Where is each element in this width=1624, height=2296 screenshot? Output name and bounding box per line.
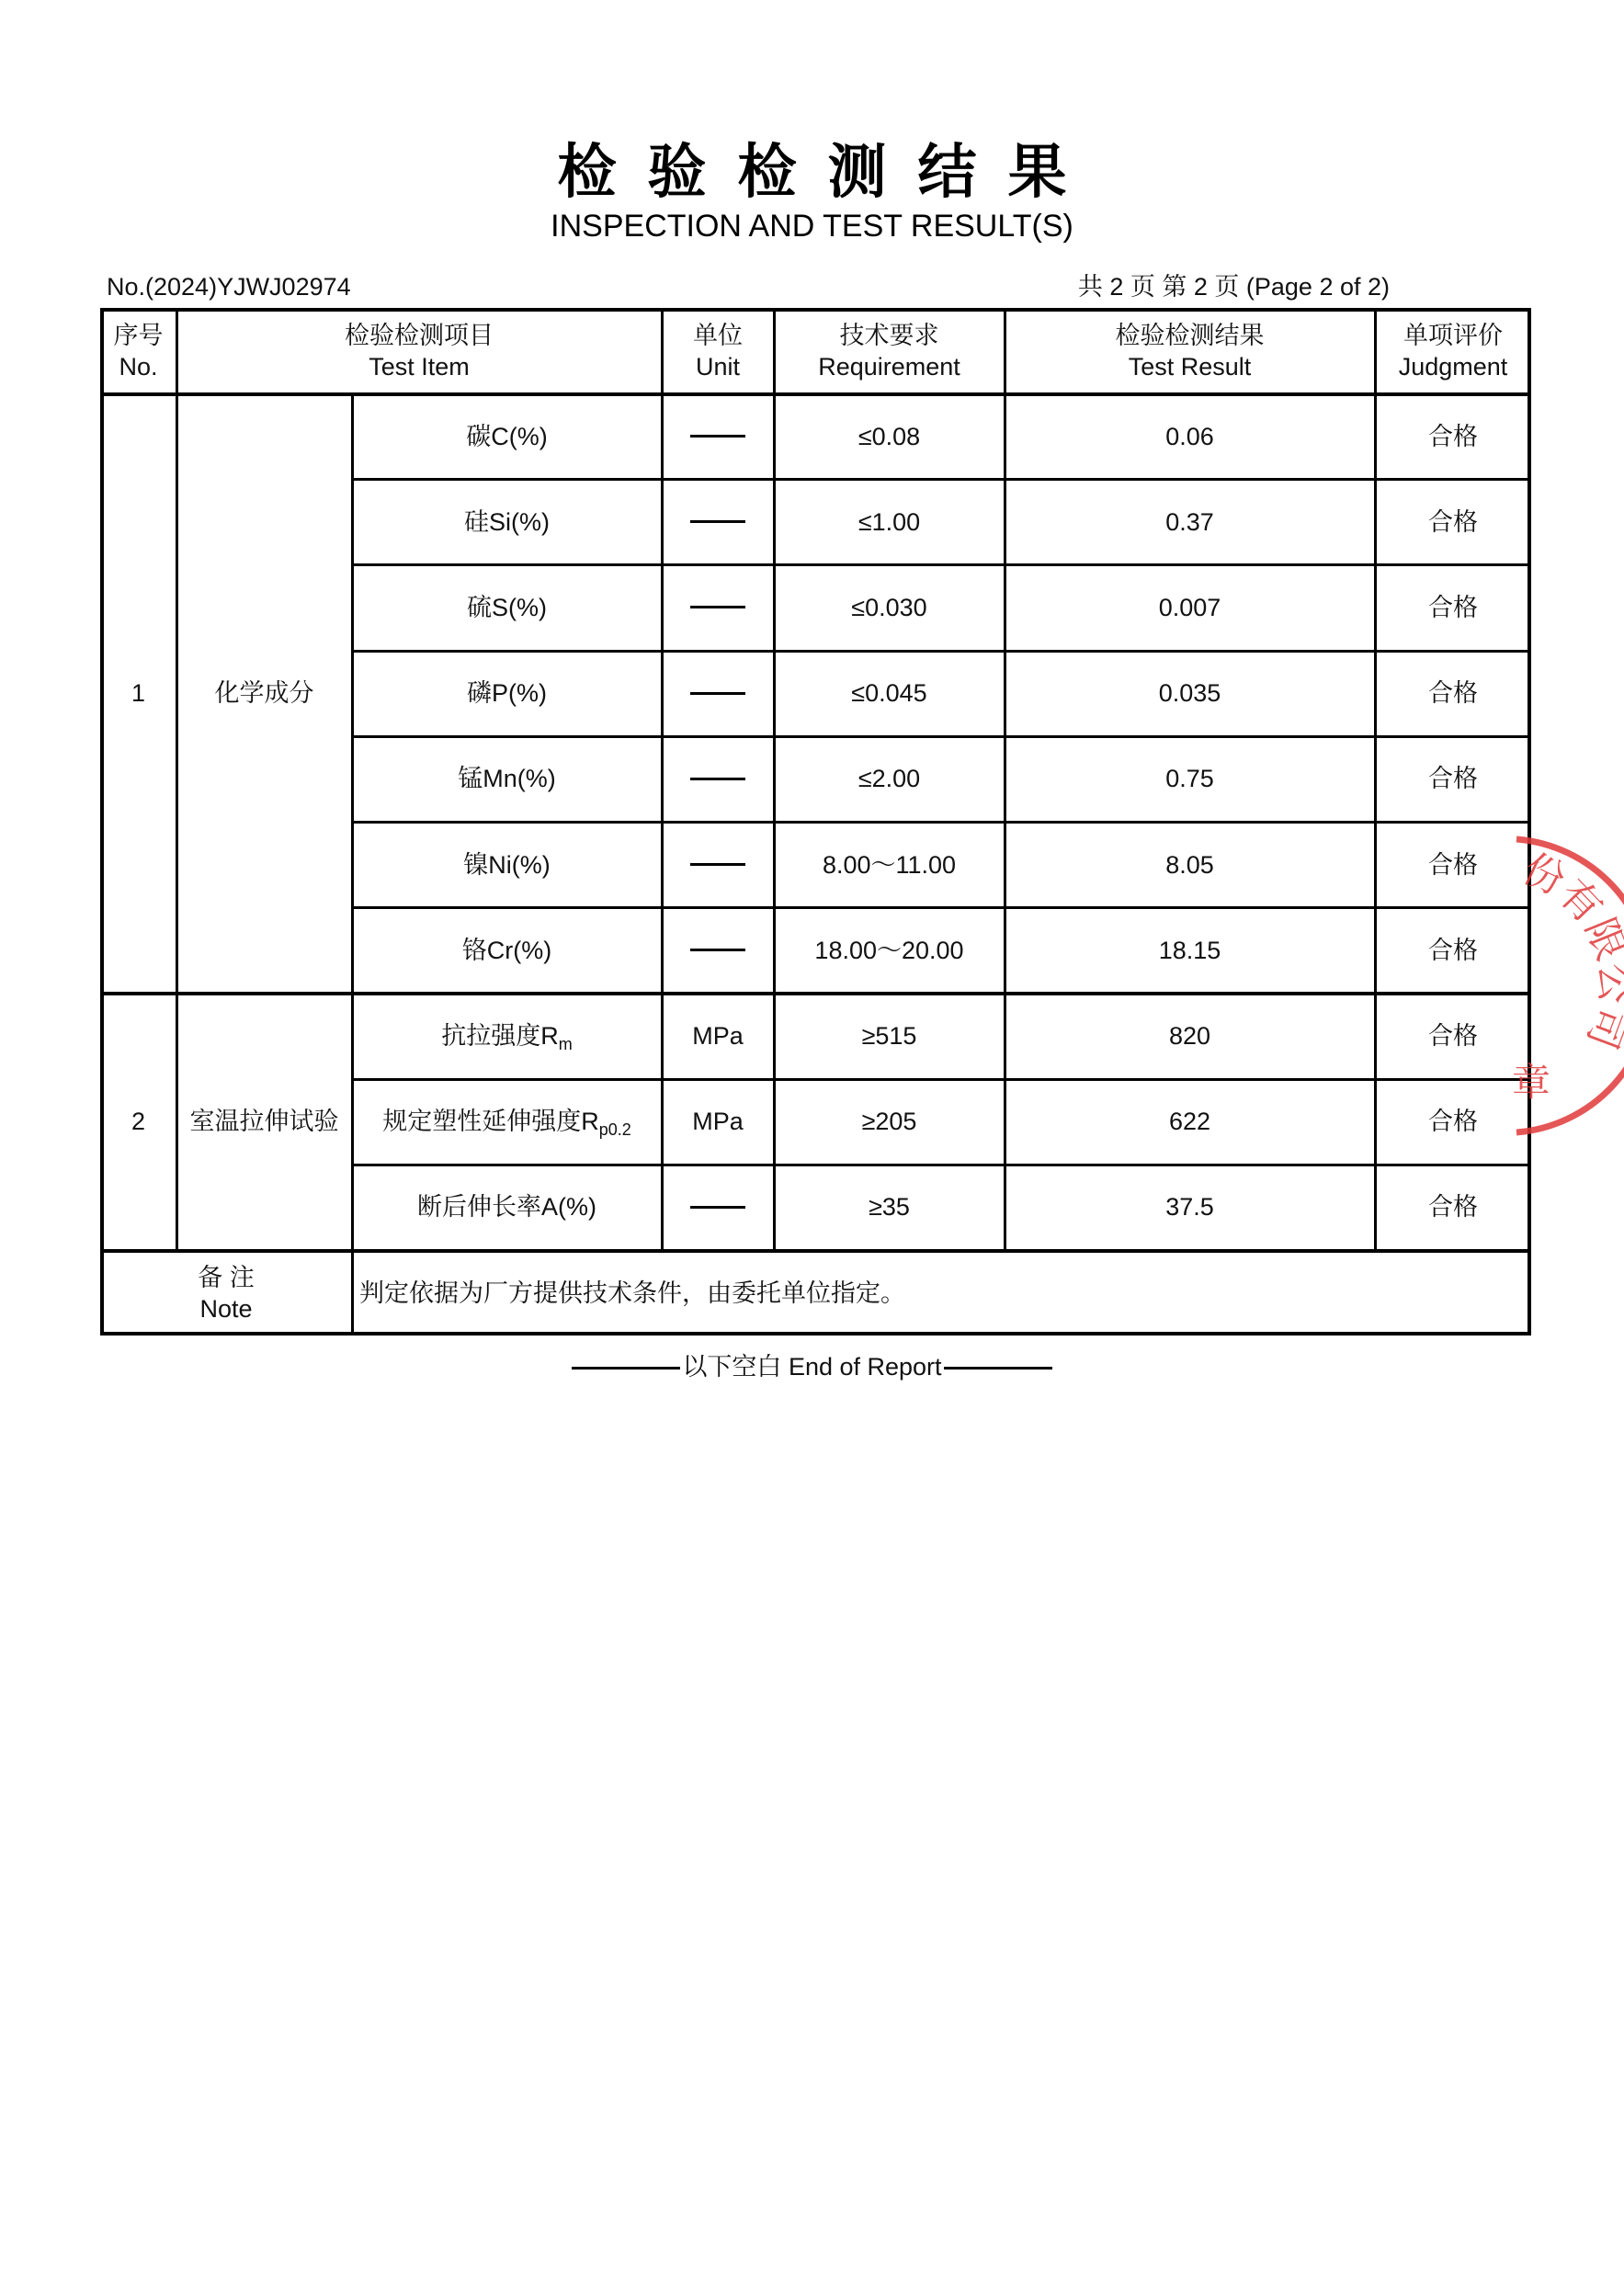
- judgment-value: 合格: [1428, 849, 1478, 881]
- end-of-report-text: 以下空白 End of Report: [682, 1353, 941, 1381]
- header-judgment-cn: 单项评价: [1403, 320, 1503, 351]
- test-item-label: 锰Mn(%): [458, 763, 556, 794]
- requirement: ≥35: [774, 1165, 1005, 1250]
- unit: MPa: [662, 1079, 774, 1165]
- requirement-value: ≥515: [862, 1020, 917, 1051]
- group-number: 1: [131, 677, 145, 709]
- header-result: 检验检测结果Test Result: [1005, 308, 1375, 393]
- row-rule: [352, 1078, 1531, 1081]
- unit-not-applicable-dash: [690, 606, 745, 608]
- test-item-name: 规定塑性延伸强度R: [382, 1108, 599, 1135]
- unit-not-applicable-dash: [690, 692, 745, 695]
- test-result-value: 0.007: [1159, 592, 1221, 623]
- body-col-rule: [176, 993, 178, 1250]
- document-title: 检验检测结果: [0, 136, 1624, 210]
- body-col-rule: [1004, 993, 1006, 1250]
- judgment: 合格: [1375, 393, 1531, 479]
- unit: [662, 564, 774, 650]
- test-item-name: 铬Cr(%): [462, 937, 551, 964]
- end-of-report: 以下空白 End of Report: [0, 1351, 1624, 1382]
- judgment-value: 合格: [1428, 1106, 1478, 1137]
- test-item-label: 抗拉强度Rm: [441, 1020, 573, 1051]
- group-name-text: 化学成分: [215, 677, 314, 709]
- requirement: ≥515: [774, 993, 1005, 1078]
- row-rule: [352, 563, 1531, 566]
- judgment-value: 合格: [1428, 421, 1478, 452]
- judgment-value: 合格: [1428, 677, 1478, 709]
- test-item-name: 硅Si(%): [464, 508, 550, 536]
- test-result-value: 622: [1169, 1106, 1210, 1137]
- test-result: 0.007: [1005, 564, 1375, 650]
- header-col-rule: [1374, 308, 1377, 393]
- test-item: 镍Ni(%): [352, 822, 662, 907]
- judgment: 合格: [1375, 651, 1531, 736]
- header-requirement-cn: 技术要求: [840, 320, 939, 351]
- header-col-rule: [176, 308, 178, 393]
- judgment: 合格: [1375, 564, 1531, 650]
- body-col-rule: [661, 993, 664, 1250]
- judgment: 合格: [1375, 736, 1531, 822]
- test-item: 铬Cr(%): [352, 907, 662, 993]
- unit-not-applicable-dash: [690, 520, 745, 523]
- test-item: 规定塑性延伸强度Rp0.2: [352, 1079, 662, 1165]
- test-result-value: 820: [1169, 1020, 1210, 1051]
- test-item-label: 磷P(%): [467, 677, 547, 709]
- page-indicator: 共 2 页 第 2 页 (Page 2 of 2): [1029, 272, 1390, 301]
- test-item-name: 硫S(%): [467, 594, 547, 621]
- test-item-label: 碳C(%): [466, 421, 548, 452]
- test-result: 37.5: [1005, 1165, 1375, 1250]
- requirement-value: ≤0.030: [851, 592, 926, 623]
- judgment: 合格: [1375, 1079, 1531, 1165]
- test-result: 8.05: [1005, 822, 1375, 907]
- body-col-rule: [351, 393, 354, 993]
- body-col-rule: [176, 393, 178, 993]
- judgment: 合格: [1375, 907, 1531, 993]
- requirement: ≤1.00: [774, 479, 1005, 564]
- body-col-rule: [773, 993, 776, 1250]
- results-table: 序号No.检验检测项目Test Item单位Unit技术要求Requiremen…: [100, 308, 1531, 1336]
- body-col-rule: [1004, 393, 1006, 993]
- test-item-name: 镍Ni(%): [463, 851, 551, 879]
- unit: [662, 393, 774, 479]
- header-col-rule: [773, 308, 776, 393]
- header-judgment: 单项评价Judgment: [1375, 308, 1531, 393]
- note-label: 备 注Note: [100, 1250, 352, 1336]
- requirement-value: ≥205: [862, 1106, 917, 1137]
- unit: [662, 822, 774, 907]
- unit: [662, 1165, 774, 1250]
- requirement: 8.00～11.00: [774, 822, 1005, 907]
- judgment: 合格: [1375, 1165, 1531, 1250]
- test-result: 820: [1005, 993, 1375, 1078]
- header-item: 检验检测项目Test Item: [176, 308, 662, 393]
- header-no-en: No.: [119, 351, 157, 382]
- requirement-value: 8.00～11.00: [823, 849, 956, 881]
- report-number: No.(2024)YJWJ02974: [107, 272, 351, 301]
- test-item: 硫S(%): [352, 564, 662, 650]
- test-result-value: 0.37: [1165, 506, 1214, 538]
- note-label-cn: 备 注: [198, 1262, 255, 1293]
- test-item: 断后伸长率A(%): [352, 1165, 662, 1250]
- row-rule: [352, 650, 1531, 653]
- judgment-value: 合格: [1428, 506, 1478, 538]
- requirement-value: ≤1.00: [858, 506, 920, 538]
- judgment: 合格: [1375, 822, 1531, 907]
- body-col-rule: [1374, 393, 1377, 993]
- header-no-cn: 序号: [114, 320, 164, 351]
- body-col-rule: [1374, 993, 1377, 1250]
- test-item-label: 硅Si(%): [464, 506, 550, 538]
- test-item-name: 磷P(%): [467, 679, 547, 707]
- group-name: 化学成分: [176, 393, 352, 993]
- requirement: ≤0.045: [774, 651, 1005, 736]
- test-item-label: 断后伸长率A(%): [417, 1191, 596, 1222]
- test-item-label: 铬Cr(%): [462, 935, 551, 966]
- test-item-label: 镍Ni(%): [463, 849, 551, 881]
- judgment-value: 合格: [1428, 1020, 1478, 1051]
- test-result-value: 0.035: [1159, 677, 1221, 709]
- judgment: 合格: [1375, 993, 1531, 1078]
- unit-value: MPa: [692, 1106, 744, 1137]
- test-item: 抗拉强度Rm: [352, 993, 662, 1078]
- header-unit-en: Unit: [696, 351, 740, 382]
- test-result: 0.37: [1005, 479, 1375, 564]
- note-label-en: Note: [199, 1293, 252, 1324]
- judgment: 合格: [1375, 479, 1531, 564]
- test-item-label: 硫S(%): [467, 592, 547, 623]
- test-result-value: 8.05: [1165, 849, 1214, 881]
- judgment-value: 合格: [1428, 763, 1478, 794]
- unit: [662, 651, 774, 736]
- group-number: 2: [131, 1106, 145, 1137]
- unit: MPa: [662, 993, 774, 1078]
- test-result: 18.15: [1005, 907, 1375, 993]
- test-item-name: 断后伸长率A(%): [417, 1193, 596, 1221]
- seal-ring: [1516, 839, 1624, 1132]
- test-result-value: 37.5: [1165, 1191, 1214, 1222]
- test-result-value: 0.75: [1165, 763, 1214, 794]
- header-requirement-en: Requirement: [818, 351, 960, 382]
- unit-not-applicable-dash: [690, 778, 745, 780]
- test-result-value: 18.15: [1159, 935, 1221, 966]
- unit: [662, 907, 774, 993]
- note-content: 判定依据为厂方提供技术条件，由委托单位指定。: [359, 1278, 905, 1309]
- header-unit: 单位Unit: [662, 308, 774, 393]
- row-rule: [352, 735, 1531, 738]
- test-item-label: 规定塑性延伸强度Rp0.2: [382, 1106, 631, 1137]
- test-item: 硅Si(%): [352, 479, 662, 564]
- body-col-rule: [773, 393, 776, 993]
- requirement-value: ≤0.045: [851, 677, 926, 709]
- unit-not-applicable-dash: [690, 863, 745, 866]
- test-item-name: 抗拉强度R: [441, 1022, 559, 1050]
- requirement: ≥205: [774, 1079, 1005, 1165]
- requirement-value: ≤2.00: [858, 763, 920, 794]
- header-result-en: Test Result: [1129, 351, 1252, 382]
- test-item: 磷P(%): [352, 651, 662, 736]
- note-text: 判定依据为厂方提供技术条件，由委托单位指定。: [352, 1250, 1531, 1336]
- group-no: 1: [100, 393, 176, 993]
- requirement: ≤0.030: [774, 564, 1005, 650]
- test-result: 0.75: [1005, 736, 1375, 822]
- unit-not-applicable-dash: [690, 949, 745, 951]
- test-item-name: 锰Mn(%): [458, 765, 556, 792]
- test-result: 0.035: [1005, 651, 1375, 736]
- group-name: 室温拉伸试验: [176, 993, 352, 1250]
- header-judgment-en: Judgment: [1399, 351, 1508, 382]
- requirement-value: 18.00～20.00: [814, 935, 963, 966]
- test-result-value: 0.06: [1165, 421, 1214, 452]
- end-rule-right: [944, 1367, 1052, 1370]
- unit-not-applicable-dash: [690, 435, 745, 438]
- row-rule: [352, 821, 1531, 824]
- unit: [662, 479, 774, 564]
- requirement: ≤0.08: [774, 393, 1005, 479]
- body-col-rule: [661, 393, 664, 993]
- header-col-rule: [1004, 308, 1006, 393]
- test-item-subscript: m: [559, 1035, 573, 1053]
- body-col-rule: [351, 993, 354, 1250]
- row-rule: [352, 906, 1531, 909]
- row-rule: [352, 478, 1531, 481]
- test-item: 碳C(%): [352, 393, 662, 479]
- requirement: 18.00～20.00: [774, 907, 1005, 993]
- requirement-value: ≤0.08: [858, 421, 920, 452]
- header-item-cn: 检验检测项目: [345, 320, 494, 351]
- end-rule-left: [572, 1367, 680, 1370]
- judgment-value: 合格: [1428, 1191, 1478, 1222]
- requirement: ≤2.00: [774, 736, 1005, 822]
- unit: [662, 736, 774, 822]
- row-rule: [352, 1164, 1531, 1166]
- seal-text: 份有限公司: [1516, 845, 1624, 1055]
- test-item-subscript: p0.2: [599, 1120, 631, 1139]
- header-unit-cn: 单位: [693, 320, 743, 351]
- header-col-rule: [661, 308, 664, 393]
- header-no: 序号No.: [100, 308, 176, 393]
- requirement-value: ≥35: [869, 1191, 910, 1222]
- test-result: 622: [1005, 1079, 1375, 1165]
- group-no: 2: [100, 993, 176, 1250]
- judgment-value: 合格: [1428, 592, 1478, 623]
- test-item-name: 碳C(%): [466, 423, 548, 450]
- test-item: 锰Mn(%): [352, 736, 662, 822]
- header-item-en: Test Item: [369, 351, 470, 382]
- header-requirement: 技术要求Requirement: [774, 308, 1005, 393]
- unit-not-applicable-dash: [690, 1206, 745, 1209]
- note-col-rule: [351, 1250, 354, 1336]
- test-result: 0.06: [1005, 393, 1375, 479]
- header-result-cn: 检验检测结果: [1116, 320, 1265, 351]
- document-subtitle: INSPECTION AND TEST RESULT(S): [0, 208, 1624, 244]
- unit-value: MPa: [692, 1020, 744, 1051]
- group-name-text: 室温拉伸试验: [190, 1106, 339, 1137]
- judgment-value: 合格: [1428, 935, 1478, 966]
